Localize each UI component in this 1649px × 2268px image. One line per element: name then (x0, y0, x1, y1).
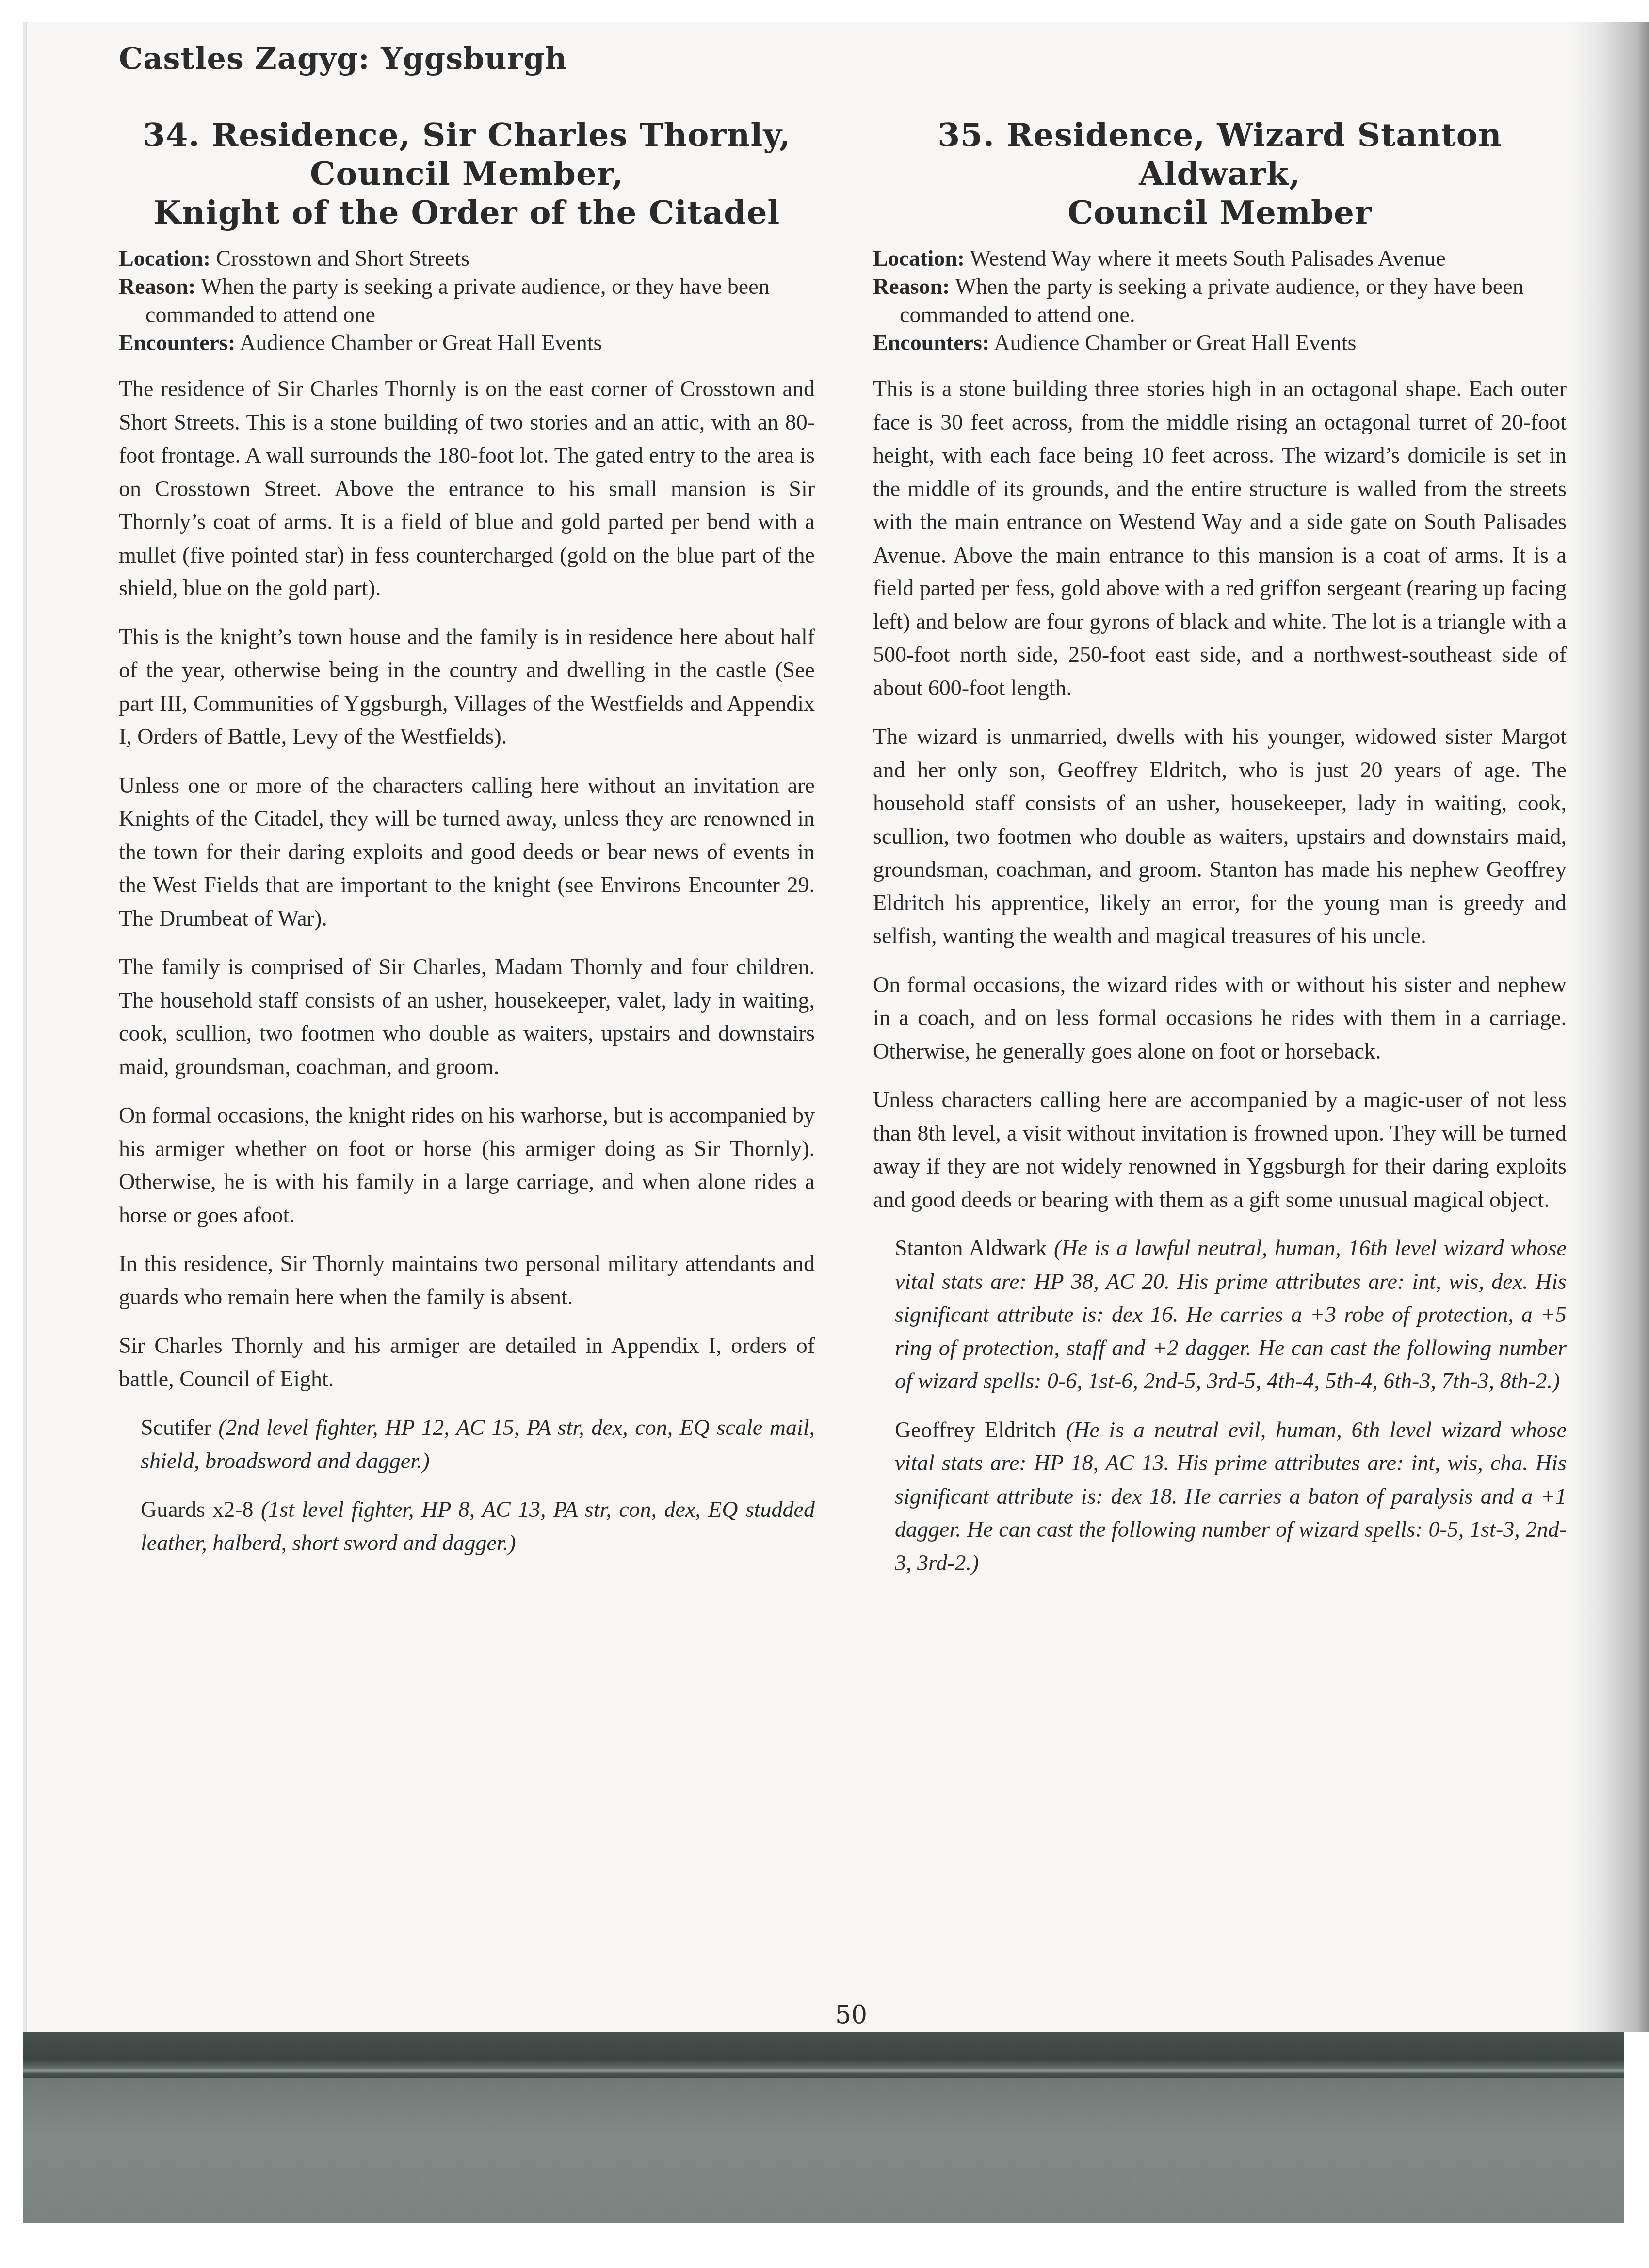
entry-35: 35. Residence, Wizard Stanton Aldwark, C… (873, 115, 1567, 1579)
heading-line: Knight of the Order of the Citadel (119, 193, 815, 232)
location-value: Westend Way where it meets South Palisad… (970, 246, 1446, 271)
paragraph: The residence of Sir Charles Thornly is … (119, 372, 815, 605)
stat-details: (2nd level fighter, HP 12, AC 15, PA str… (141, 1415, 815, 1473)
location-line: Location: Crosstown and Short Streets (119, 244, 815, 273)
heading-line: Council Member (873, 193, 1567, 232)
paragraph: The family is comprised of Sir Charles, … (119, 950, 815, 1083)
entry-34-meta: Location: Crosstown and Short Streets Re… (119, 244, 815, 357)
stat-block-guards: Guards x2-8 (1st level fighter, HP 8, AC… (119, 1493, 815, 1560)
paragraph: On formal occasions, the knight rides on… (119, 1099, 815, 1232)
location-label: Location: (119, 246, 210, 271)
paragraph: In this residence, Sir Thornly maintains… (119, 1247, 815, 1314)
page-gutter-shadow (1571, 22, 1649, 2032)
stat-name: Geoffrey Eldritch (895, 1417, 1056, 1442)
paragraph: The wizard is unmarried, dwells with his… (873, 720, 1567, 953)
stat-block-stanton-aldwark: Stanton Aldwark (He is a lawful neutral,… (873, 1232, 1567, 1398)
paragraph: Unless characters calling here are accom… (873, 1083, 1567, 1216)
encounters-value: Audience Chamber or Great Hall Events (994, 330, 1356, 355)
reason-label: Reason: (873, 274, 950, 299)
paragraph: Unless one or more of the characters cal… (119, 769, 815, 935)
entry-34-heading: 34. Residence, Sir Charles Thornly, Coun… (119, 115, 815, 232)
encounters-label: Encounters: (119, 330, 235, 355)
reason-line: Reason: When the party is seeking a priv… (873, 273, 1567, 329)
entry-35-heading: 35. Residence, Wizard Stanton Aldwark, C… (873, 115, 1567, 232)
running-head: Castles Zagyg: Yggsburgh (119, 41, 567, 76)
heading-line: Council Member, (119, 154, 815, 193)
encounters-label: Encounters: (873, 330, 989, 355)
paragraph: Sir Charles Thornly and his armiger are … (119, 1329, 815, 1396)
page-binding-edge (23, 22, 27, 2032)
paragraph: This is a stone building three stories h… (873, 372, 1567, 705)
scanner-bed (23, 2078, 1624, 2223)
heading-line: 35. Residence, Wizard Stanton Aldwark, (873, 115, 1567, 193)
reason-label: Reason: (119, 274, 195, 299)
location-label: Location: (873, 246, 965, 271)
heading-line: 34. Residence, Sir Charles Thornly, (119, 115, 815, 154)
paragraph: This is the knight’s town house and the … (119, 621, 815, 754)
encounters-line: Encounters: Audience Chamber or Great Ha… (873, 329, 1567, 357)
entry-35-meta: Location: Westend Way where it meets Sou… (873, 244, 1567, 357)
reason-value: When the party is seeking a private audi… (145, 274, 770, 327)
reason-value: When the party is seeking a private audi… (900, 274, 1524, 327)
encounters-line: Encounters: Audience Chamber or Great Ha… (119, 329, 815, 357)
stat-name: Stanton Aldwark (895, 1236, 1047, 1260)
stat-block-geoffrey-eldritch: Geoffrey Eldritch (He is a neutral evil,… (873, 1414, 1567, 1580)
scanner-lid-edge (23, 2032, 1624, 2078)
stat-block-scutifer: Scutifer (2nd level fighter, HP 12, AC 1… (119, 1411, 815, 1478)
page-number: 50 (835, 2000, 867, 2029)
paragraph: On formal occasions, the wizard rides wi… (873, 968, 1567, 1068)
encounters-value: Audience Chamber or Great Hall Events (240, 330, 602, 355)
stat-name: Scutifer (141, 1415, 211, 1440)
location-line: Location: Westend Way where it meets Sou… (873, 244, 1567, 273)
reason-line: Reason: When the party is seeking a priv… (119, 273, 815, 329)
stat-name: Guards x2-8 (141, 1497, 254, 1522)
entry-34: 34. Residence, Sir Charles Thornly, Coun… (119, 115, 815, 1560)
location-value: Crosstown and Short Streets (216, 246, 470, 271)
